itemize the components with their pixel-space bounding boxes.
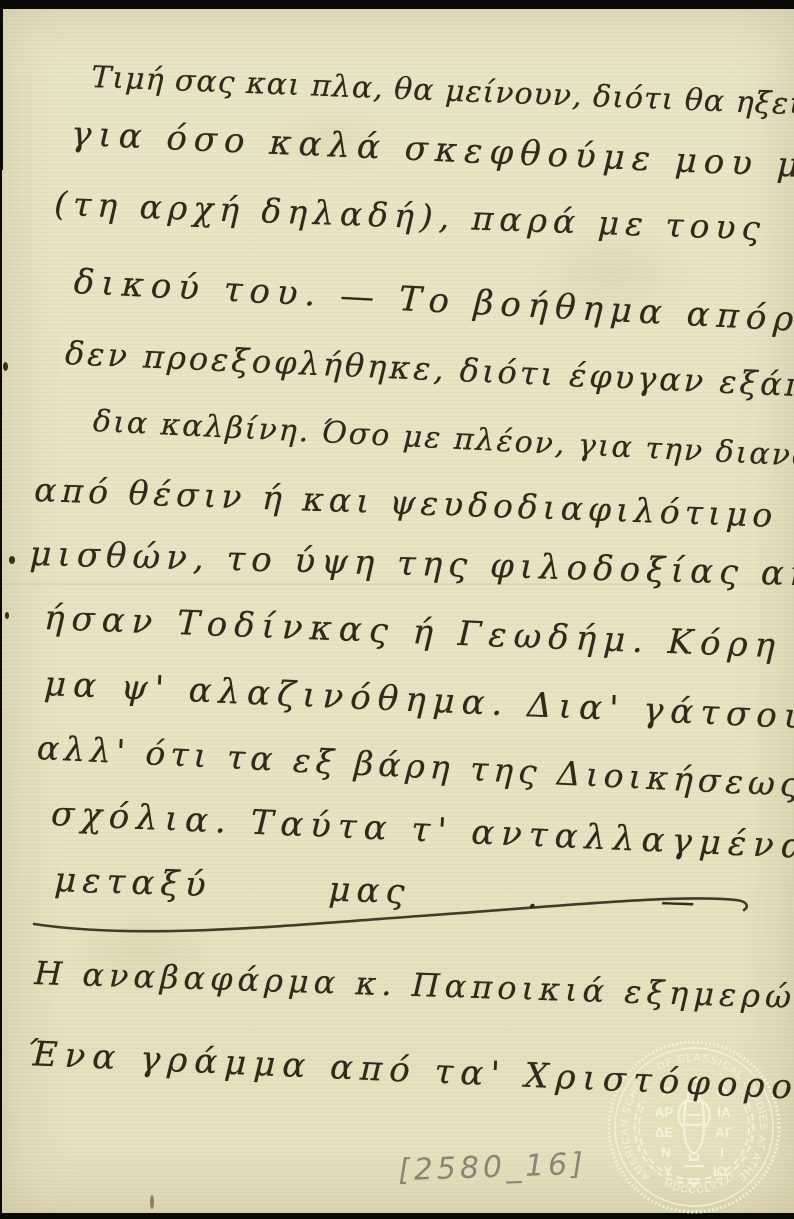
svg-text:ΙΟ: ΙΟ bbox=[713, 1164, 727, 1179]
scan-edge-left-line bbox=[0, 0, 1, 1219]
svg-text:ΙΑ: ΙΑ bbox=[717, 1105, 731, 1120]
catalog-number: [2580_16] bbox=[397, 1147, 587, 1189]
svg-text:Υ: Υ bbox=[663, 1164, 672, 1179]
svg-text:Ι: Ι bbox=[720, 1145, 724, 1160]
scan-edge-top bbox=[0, 0, 794, 9]
svg-text:ΑΡ: ΑΡ bbox=[655, 1105, 674, 1120]
ink-speck bbox=[3, 362, 8, 371]
ink-speck bbox=[9, 556, 15, 564]
svg-text:ΔΕ: ΔΕ bbox=[655, 1125, 674, 1140]
underline-flourish bbox=[20, 880, 770, 940]
svg-text:ΑΓ: ΑΓ bbox=[715, 1125, 733, 1140]
scanned-manuscript-page: Τιμή σας και πλα, θα μείνουν, διότι θα η… bbox=[0, 0, 794, 1219]
svg-text:Ν: Ν bbox=[661, 1145, 671, 1160]
ink-speck bbox=[150, 1195, 154, 1209]
ink-speck bbox=[5, 612, 9, 619]
